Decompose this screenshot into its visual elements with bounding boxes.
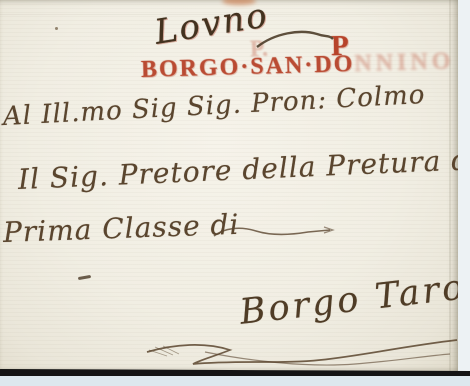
ink-dot (55, 27, 58, 30)
destination-name: Borgo Taro (238, 267, 468, 332)
postmark-town-clear: BORGO·SAN·DO (141, 51, 355, 83)
address-line-3: Prima Classe di (2, 208, 239, 249)
ink-speck (78, 275, 91, 280)
address-line-1: Al Ill.mo Sig Sig. Pron: Colmo (2, 80, 426, 132)
address-line-2: Il Sig. Pretore della Pretura di (17, 143, 470, 196)
postmark-town-faded: NNINO (354, 48, 455, 77)
scanner-right-margin (458, 0, 470, 372)
letter-paper: P. P BORGO·SAN·DONNINO Lovno Al Ill.mo S… (0, 0, 458, 372)
postmark-town-line: BORGO·SAN·DONNINO (141, 48, 455, 84)
letter-scan: P. P BORGO·SAN·DONNINO Lovno Al Ill.mo S… (0, 0, 470, 386)
scanner-bottom-margin (0, 376, 470, 386)
destination-underline-flourish (145, 330, 465, 372)
